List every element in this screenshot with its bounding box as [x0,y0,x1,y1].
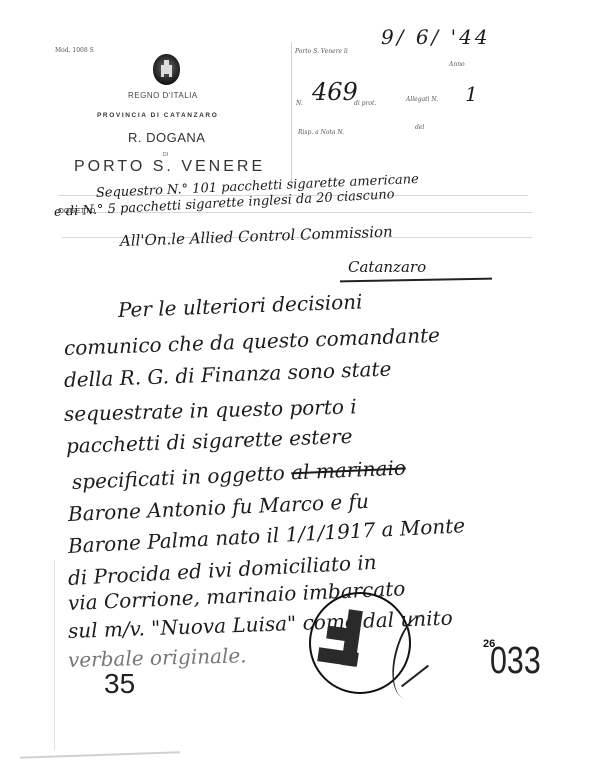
body-line-with-strike: specificati in oggetto al marinaio [71,455,406,494]
scanned-letter: Mod. 1008 S REGNO D'ITALIA PROVINCIA DI … [0,0,592,762]
body-line: sequestrate in questo porto i [64,394,357,426]
paper-edge [54,560,55,750]
del-label: del [415,124,424,131]
number-value: 469 [312,78,358,106]
kingdom-heading: REGNO D'ITALIA [128,91,198,100]
body-line-text: specificati in oggetto [71,461,285,494]
anno-label: Anno [449,61,465,68]
header-divider [291,42,292,182]
date-value: 9/ 6/ '44 [381,25,491,49]
port-heading: PORTO S. VENERE [74,158,265,176]
addressee: All'On.le Allied Control Commission [120,222,393,250]
attachments-value: 1 [465,82,478,106]
body-line: Per le ulteriori decisioni [118,289,363,322]
body-line: comunico che da questo comandante [64,323,441,360]
struck-text: al marinaio [291,455,407,484]
body-line: della R. G. di Finanza sono state [64,357,392,392]
model-code: Mod. 1008 S [55,47,94,54]
paper-edge [20,751,180,759]
city-underline [340,278,492,283]
office-heading: R. DOGANA [128,130,205,145]
archive-number: 033 [490,640,541,683]
addressee-city: Catanzaro [348,258,426,276]
page-number: 35 [104,668,135,700]
reply-label: Risp. a Nota N. [298,129,344,136]
place-date-label: Porto S. Venere li [295,48,348,55]
attachments-label: Allegati N. [406,96,438,103]
number-label: N. [296,100,303,107]
protocol-label: di prot. [354,100,376,107]
body-line: verbale originale. [68,643,247,672]
province-heading: PROVINCIA DI CATANZARO [97,112,218,119]
coat-of-arms-icon [153,54,180,85]
body-line: pacchetti di sigarette estere [66,424,353,458]
